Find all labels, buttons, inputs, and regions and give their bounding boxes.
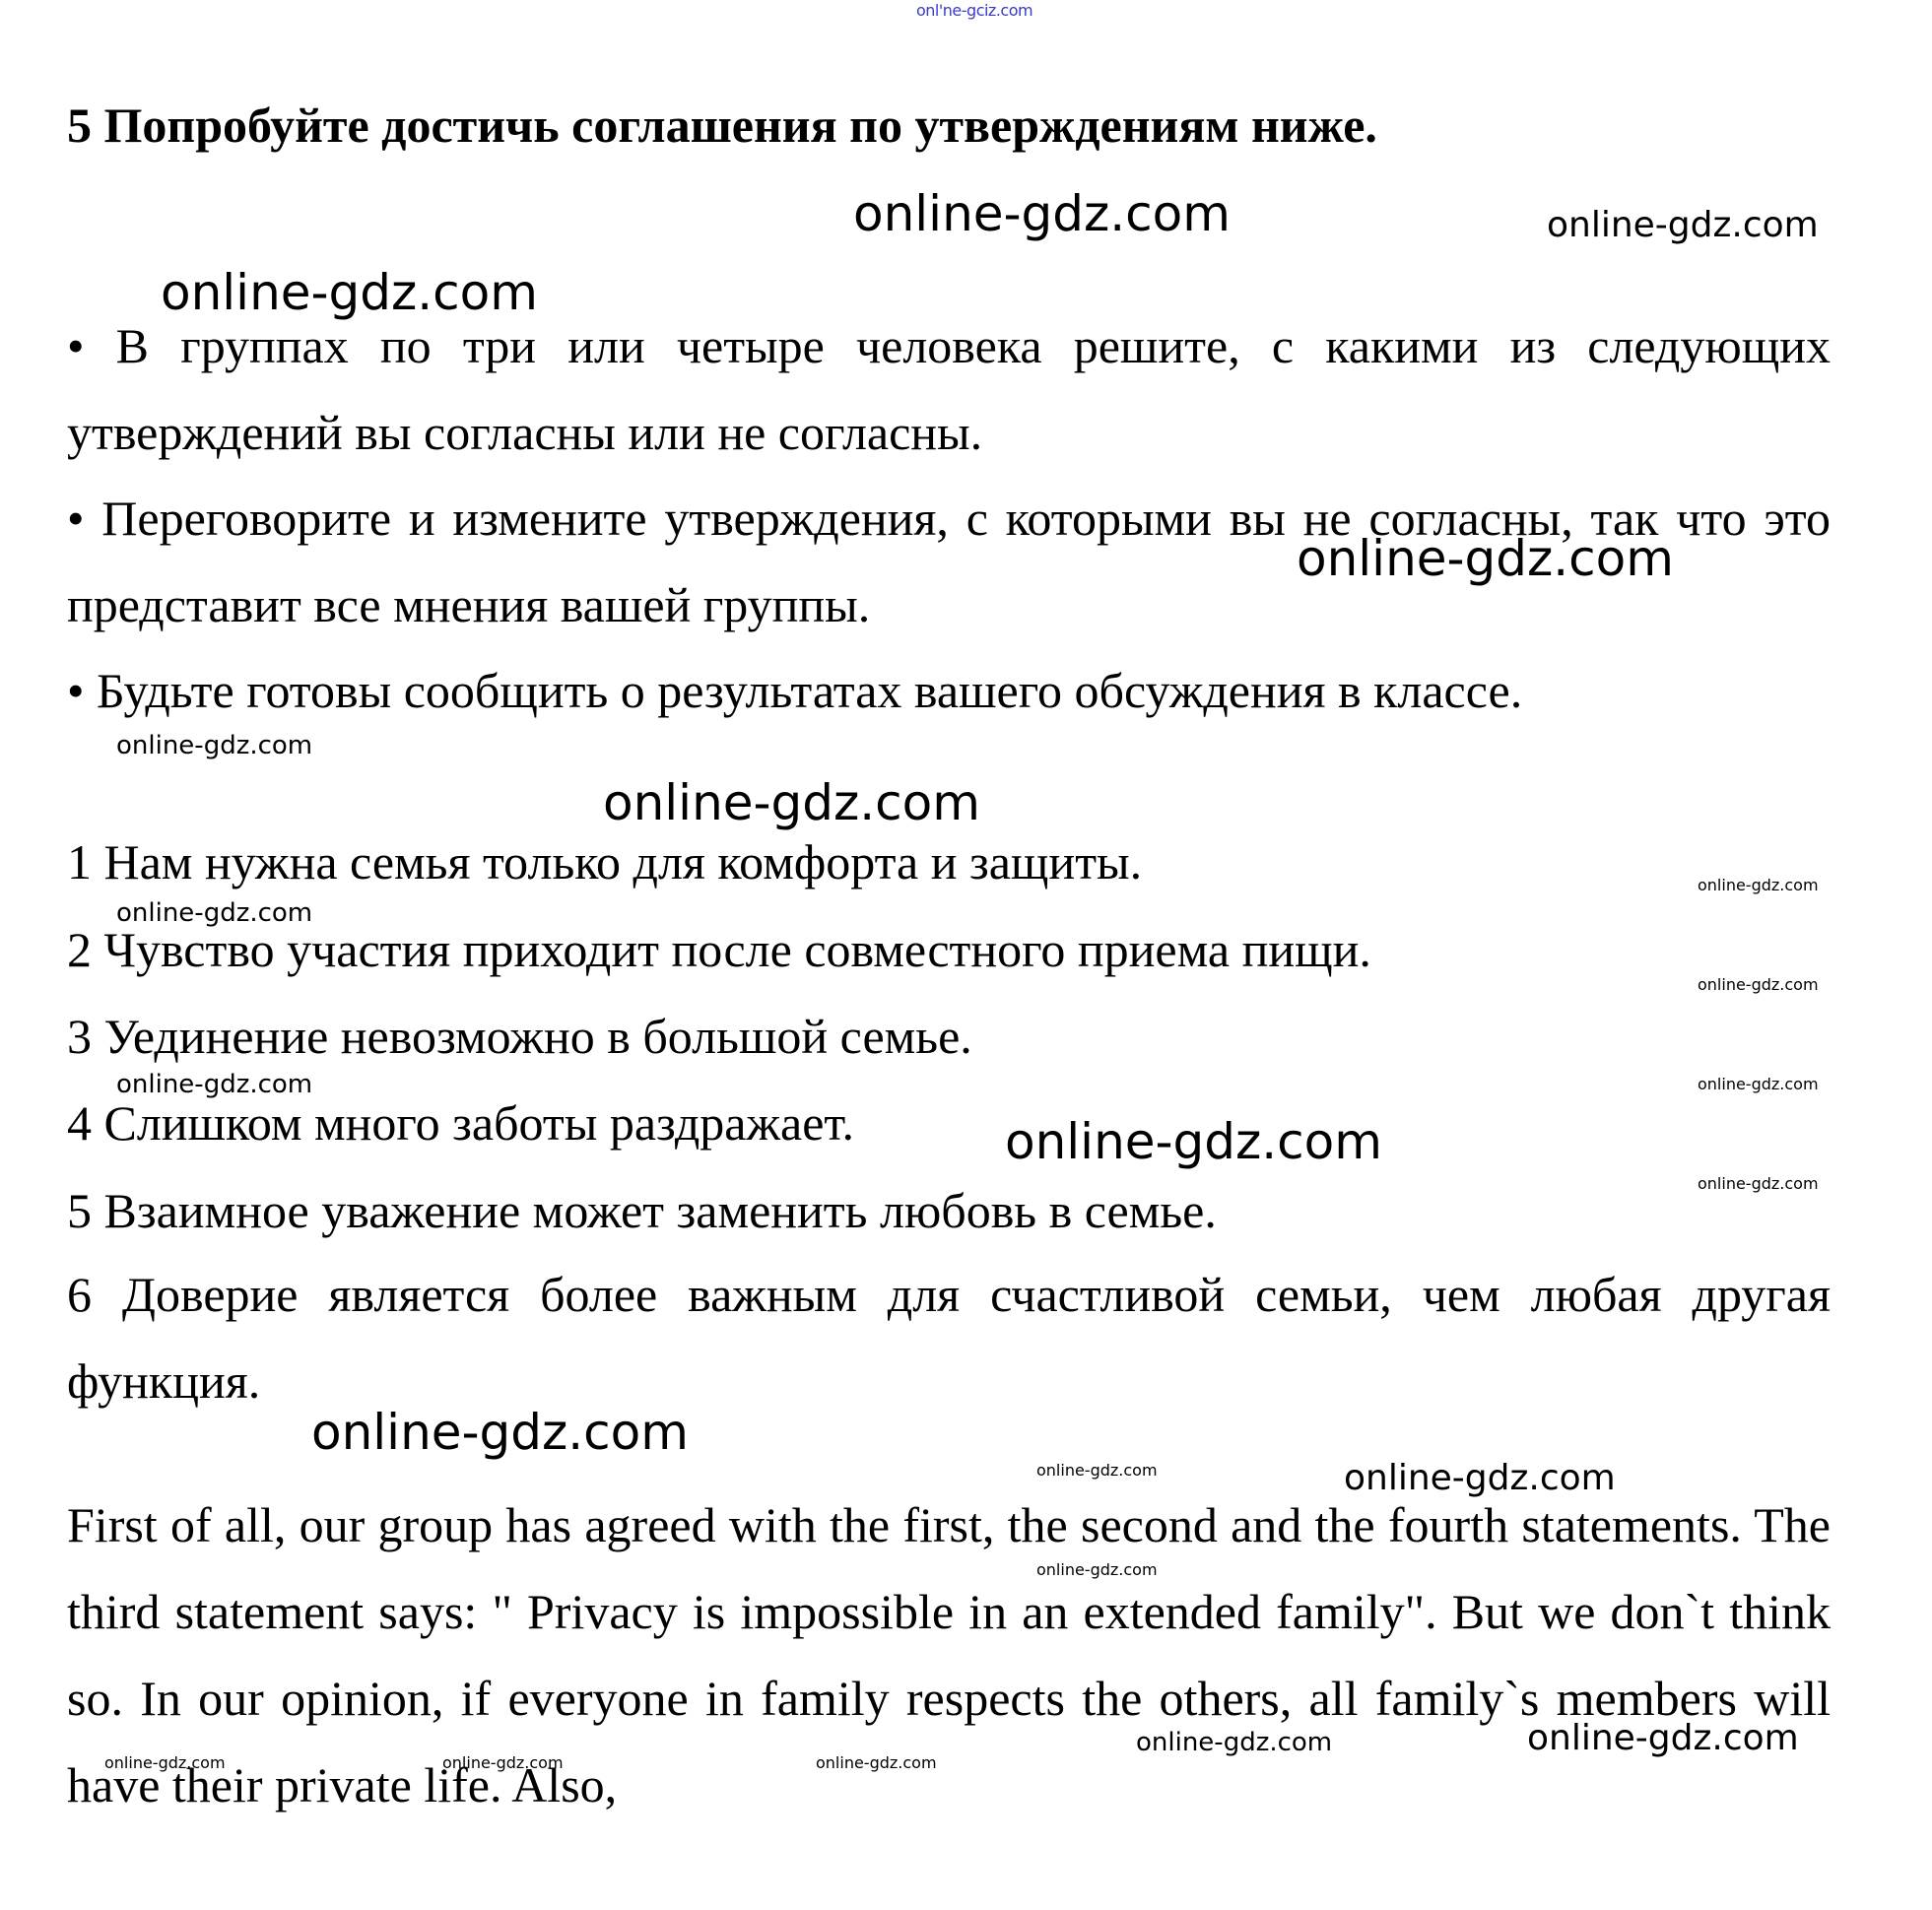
document-page: onl'ne-gciz.com 5 Попробуйте достичь сог… (0, 0, 1932, 1910)
watermark: online-gdz.com (1005, 1113, 1382, 1170)
watermark: online-gdz.com (853, 185, 1231, 242)
watermark: online-gdz.com (1136, 1728, 1332, 1757)
watermark: online-gdz.com (1698, 1174, 1819, 1193)
watermark: online-gdz.com (1698, 1075, 1819, 1093)
instruction-1: • В группах по три или четыре человека р… (67, 302, 1831, 476)
answer-text: First of all, our group has agreed with … (67, 1482, 1831, 1828)
watermark: online-gdz.com (116, 731, 312, 760)
statement-2: 2 Чувство участия приходит после совмест… (67, 921, 1371, 978)
statement-3: 3 Уединение невозможно в большой семье. (67, 1008, 972, 1065)
watermark: online-gdz.com (104, 1753, 226, 1772)
statement-6: 6 Доверие является более важным для счас… (67, 1251, 1831, 1424)
statement-4: 4 Слишком много заботы раздражает. (67, 1094, 854, 1152)
watermark: online-gdz.com (1698, 975, 1819, 994)
watermark: online-gdz.com (603, 774, 980, 831)
watermark: online-gdz.com (1698, 876, 1819, 894)
watermark: online-gdz.com (311, 1404, 689, 1461)
watermark-top: onl'ne-gciz.com (916, 1, 1033, 20)
statement-5: 5 Взаимное уважение может заменить любов… (67, 1182, 1217, 1239)
instruction-3: • Будьте готовы сообщить о результатах в… (67, 647, 1831, 734)
watermark: online-gdz.com (1527, 1718, 1799, 1758)
exercise-heading: 5 Попробуйте достичь соглашения по утвер… (67, 97, 1377, 154)
statement-1: 1 Нам нужна семья только для комфорта и … (67, 833, 1142, 890)
watermark: online-gdz.com (816, 1753, 937, 1772)
watermark: online-gdz.com (1297, 530, 1674, 587)
watermark: online-gdz.com (442, 1753, 564, 1772)
watermark: online-gdz.com (1036, 1461, 1158, 1480)
watermark: online-gdz.com (1547, 205, 1819, 245)
